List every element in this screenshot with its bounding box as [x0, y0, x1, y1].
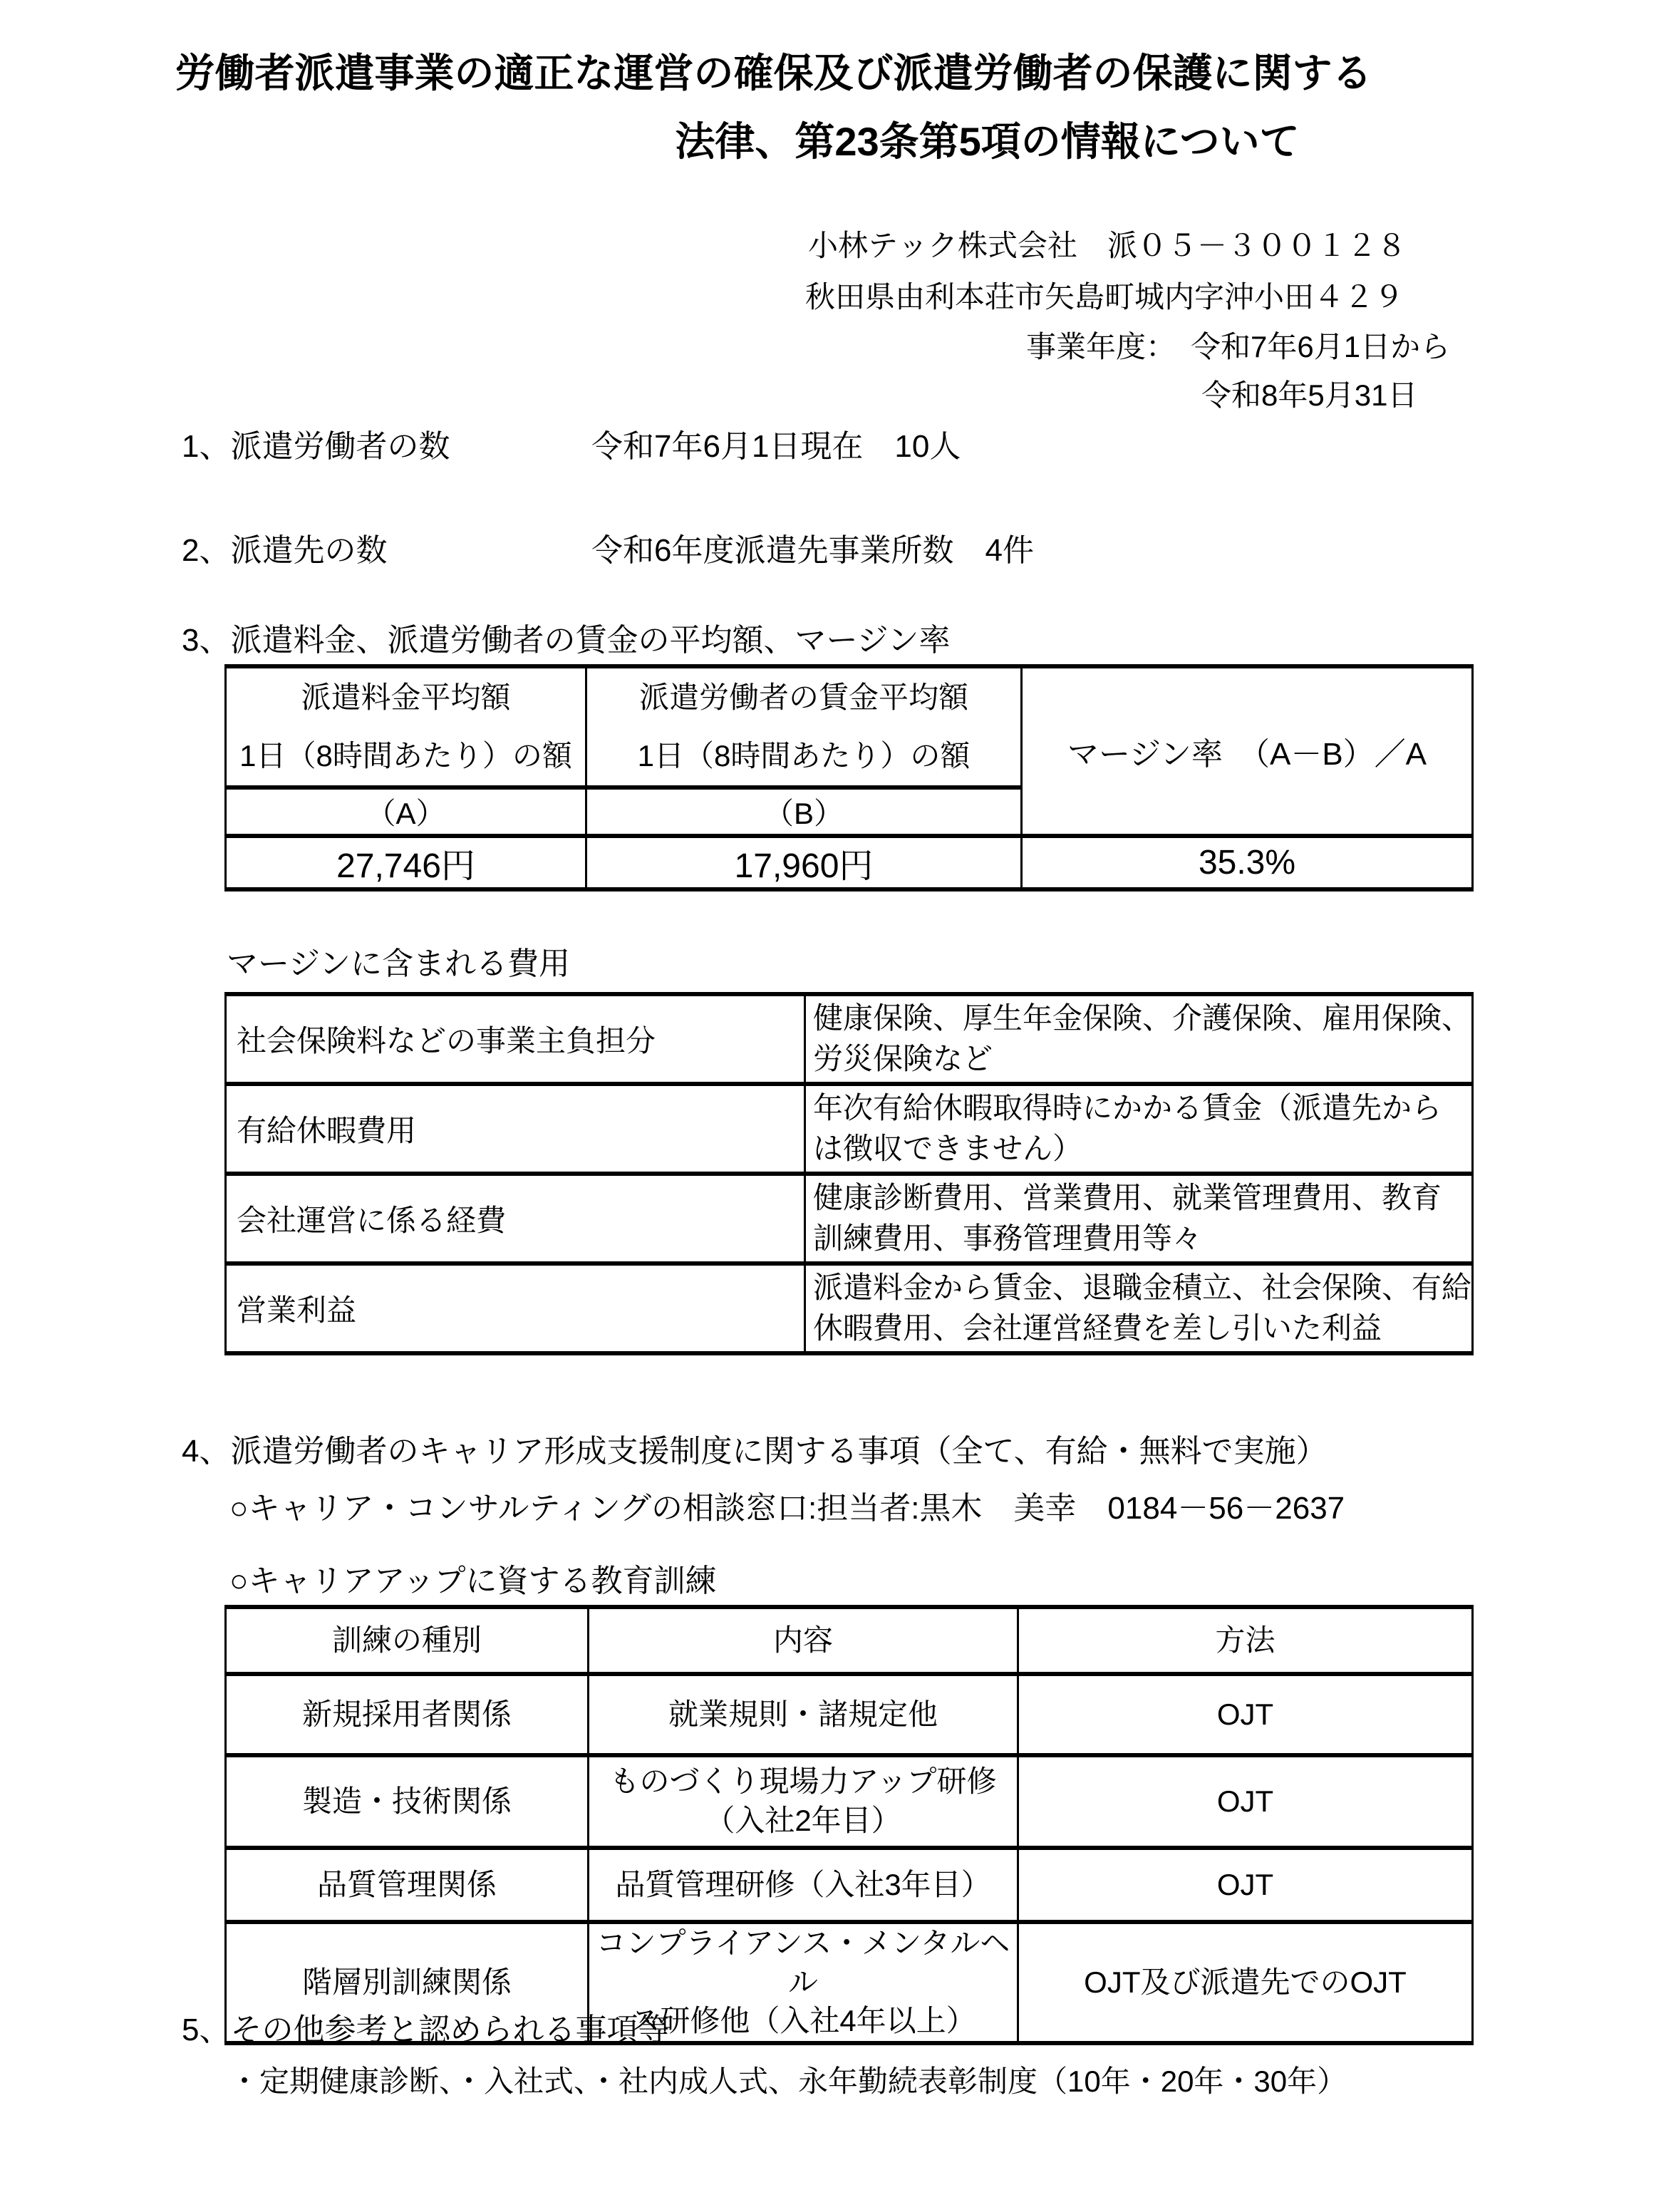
margin-rate-table: 派遣料金平均額 1日（8時間あたり）の額 派遣労働者の賃金平均額 1日（8時間あ… [224, 664, 1474, 891]
training-header-row: 訓練の種別 内容 方法 [226, 1607, 1473, 1674]
training-row1-method: OJT [1018, 1674, 1473, 1755]
item5-label: 5、その他参考と認められる事項等 [182, 2004, 669, 2050]
training-type-header: 訓練の種別 [226, 1607, 589, 1674]
training-row4-method: OJT及び派遣先でのOJT [1018, 1922, 1473, 2043]
document-page: 労働者派遣事業の適正な運営の確保及び派遣労働者の保護に関する 法律、第23条第5… [0, 0, 1661, 2212]
cost-row3-label: 会社運営に係る経費 [226, 1174, 805, 1263]
cost-row2-label: 有給休暇費用 [226, 1084, 805, 1174]
training-row2-method: OJT [1018, 1755, 1473, 1848]
company-name-license: 小林テック株式会社 派０５－３００１２８ [808, 228, 1407, 264]
col-a-sub-label: （A） [226, 787, 586, 836]
training-row1-content: 就業規則・諸規定他 [589, 1674, 1018, 1755]
cost-row3-desc: 健康診断費用、営業費用、就業管理費用、教育 訓練費用、事務管理費用等々 [805, 1174, 1473, 1263]
training-content-header: 内容 [589, 1607, 1018, 1674]
fiscal-year-to: 令和8年5月31日 [1201, 378, 1417, 413]
table-row: 有給休暇費用 年次有給休暇取得時にかかる賃金（派遣先から は徴収できません） [226, 1084, 1473, 1174]
dispatch-fee-average-line1: 派遣料金平均額 [227, 668, 585, 727]
training-row1-type: 新規採用者関係 [226, 1674, 589, 1755]
fiscal-year-from: 事業年度： 令和7年6月1日から [1026, 329, 1450, 365]
cost-row2-desc: 年次有給休暇取得時にかかる賃金（派遣先から は徴収できません） [805, 1084, 1473, 1174]
item2-value: 令和6年度派遣先事業所数 4件 [591, 524, 1034, 570]
training-row3-content: 品質管理研修（入社3年目） [589, 1848, 1018, 1922]
training-row3-type: 品質管理関係 [226, 1848, 589, 1922]
training-row2-type: 製造・技術関係 [226, 1755, 589, 1848]
margin-rate-formula-header: マージン率 （A－B）／A [1022, 666, 1473, 836]
margin-costs-table: 社会保険料などの事業主負担分 健康保険、厚生年金保険、介護保険、雇用保険、 労災… [224, 992, 1474, 1355]
training-table: 訓練の種別 内容 方法 新規採用者関係 就業規則・諸規定他 OJT 製造・技術関… [224, 1605, 1474, 2045]
item3-label: 3、派遣料金、派遣労働者の賃金の平均額、マージン率 [182, 614, 951, 660]
table-row: 社会保険料などの事業主負担分 健康保険、厚生年金保険、介護保険、雇用保険、 労災… [226, 994, 1473, 1084]
company-address: 秋田県由利本荘市矢島町城内字沖小田４２９ [805, 279, 1404, 315]
worker-wage-average-header: 派遣労働者の賃金平均額 1日（8時間あたり）の額 [586, 666, 1022, 787]
document-title-line2: 法律、第23条第5項の情報について [157, 120, 1661, 164]
cost-row1-label: 社会保険料などの事業主負担分 [226, 994, 805, 1084]
cost-row4-desc: 派遣料金から賃金、退職金積立、社会保険、有給 休暇費用、会社運営経費を差し引いた… [805, 1263, 1473, 1353]
margin-rate-value: 35.3% [1022, 836, 1473, 889]
career-consulting-line: ○キャリア・コンサルティングの相談窓口:担当者:黒木 美幸 0184－56－26… [229, 1482, 1345, 1528]
item2-label: 2、派遣先の数 [182, 524, 387, 570]
dispatch-fee-average-value: 27,746円 [226, 836, 586, 889]
worker-wage-average-line1: 派遣労働者の賃金平均額 [587, 668, 1020, 727]
document-title-line1: 労働者派遣事業の適正な運営の確保及び派遣労働者の保護に関する [0, 51, 1604, 95]
table-row: 営業利益 派遣料金から賃金、退職金積立、社会保険、有給 休暇費用、会社運営経費を… [226, 1263, 1473, 1353]
career-training-heading: ○キャリアアップに資する教育訓練 [229, 1555, 717, 1601]
other-items-bullet: ・定期健康診断、・入社式、・社内成人式、永年勤続表彰制度（10年・20年・30年… [229, 2058, 1347, 2101]
table-row: 新規採用者関係 就業規則・諸規定他 OJT [226, 1674, 1473, 1755]
training-row3-method: OJT [1018, 1848, 1473, 1922]
margin-rate-value-row: 27,746円 17,960円 35.3% [226, 836, 1473, 889]
margin-costs-caption: マージンに含まれる費用 [227, 938, 570, 983]
item1-label: 1、派遣労働者の数 [182, 420, 450, 466]
training-row2-content: ものづくり現場力アップ研修 （入社2年目） [589, 1755, 1018, 1848]
item1-value: 令和7年6月1日現在 10人 [591, 420, 961, 466]
table-row: 製造・技術関係 ものづくり現場力アップ研修 （入社2年目） OJT [226, 1755, 1473, 1848]
item4-label: 4、派遣労働者のキャリア形成支援制度に関する事項（全て、有給・無料で実施） [182, 1425, 1328, 1471]
training-method-header: 方法 [1018, 1607, 1473, 1674]
table-row: 会社運営に係る経費 健康診断費用、営業費用、就業管理費用、教育 訓練費用、事務管… [226, 1174, 1473, 1263]
cost-row1-desc: 健康保険、厚生年金保険、介護保険、雇用保険、 労災保険など [805, 994, 1473, 1084]
col-b-sub-label: （B） [586, 787, 1022, 836]
worker-wage-average-value: 17,960円 [586, 836, 1022, 889]
cost-row4-label: 営業利益 [226, 1263, 805, 1353]
margin-rate-header-row: 派遣料金平均額 1日（8時間あたり）の額 派遣労働者の賃金平均額 1日（8時間あ… [226, 666, 1473, 787]
dispatch-fee-average-line2: 1日（8時間あたり）の額 [227, 727, 585, 785]
table-row: 品質管理関係 品質管理研修（入社3年目） OJT [226, 1848, 1473, 1922]
worker-wage-average-line2: 1日（8時間あたり）の額 [587, 727, 1020, 785]
dispatch-fee-average-header: 派遣料金平均額 1日（8時間あたり）の額 [226, 666, 586, 787]
